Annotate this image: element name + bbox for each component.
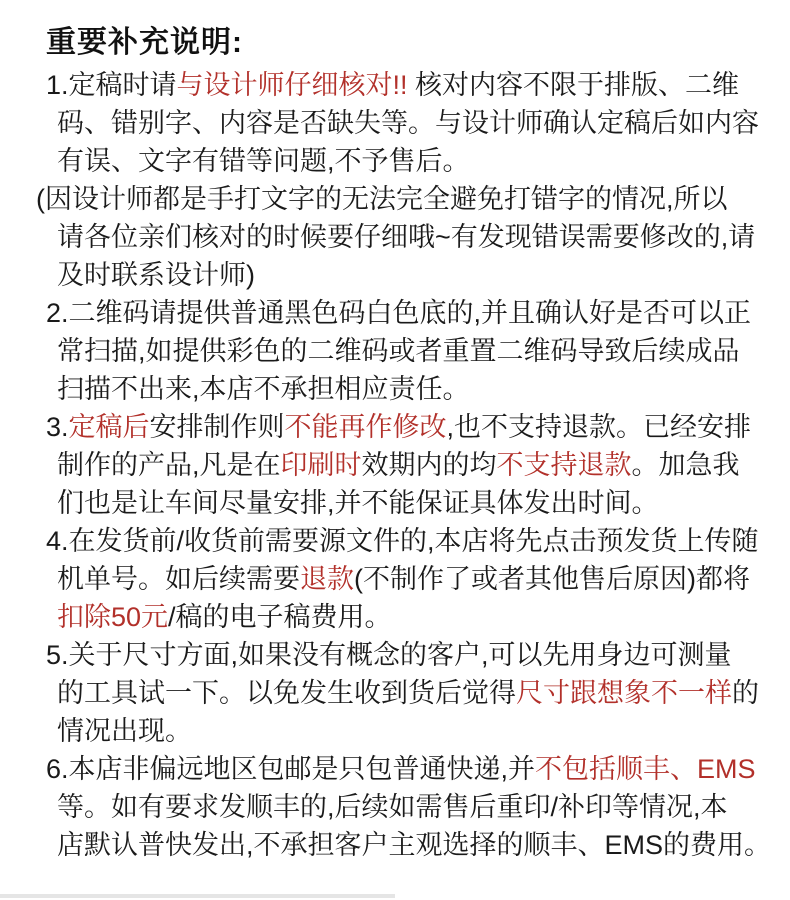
highlighted-text: 与设计师仔细核对!! [177, 70, 408, 100]
text-segment: 。加急我 [632, 450, 740, 480]
numbered-item: 5.关于尺寸方面,如果没有概念的客户,可以先用身边可测量的工具试一下。以免发生收… [46, 636, 754, 750]
text-line: 及时联系设计师) [57, 256, 754, 294]
text-segment: 的 [732, 678, 759, 708]
numbered-item: 3.定稿后安排制作则不能再作修改,也不支持退款。已经安排制作的产品,凡是在印刷时… [46, 408, 754, 522]
text-line: 常扫描,如提供彩色的二维码或者重置二维码导致后续成品 [57, 332, 754, 370]
text-segment: 有误、文字有错等问题,不予售后。 [57, 146, 470, 176]
text-segment: ,也不支持退款。已经安排 [447, 412, 752, 442]
photo-edge-artifact [0, 894, 395, 898]
text-segment: 3. [46, 412, 69, 442]
text-segment: 等。如有要求发顺丰的,后续如需售后重印/补印等情况,本 [57, 792, 728, 822]
text-line: 码、错别字、内容是否缺失等。与设计师确认定稿后如内容 [57, 104, 754, 142]
numbered-item: 4.在发货前/收货前需要源文件的,本店将先点击预发货上传随机单号。如后续需要退款… [46, 522, 754, 636]
numbered-item: 6.本店非偏远地区包邮是只包普通快递,并不包括顺丰、EMS等。如有要求发顺丰的,… [46, 750, 754, 864]
text-segment: (不制作了或者其他售后原因)都将 [354, 564, 750, 594]
text-segment: 扫描不出来,本店不承担相应责任。 [57, 374, 470, 404]
highlighted-text: 不能再作修改 [285, 412, 447, 442]
text-line: 们也是让车间尽量安排,并不能保证具体发出时间。 [57, 484, 754, 522]
highlighted-text: 尺寸跟想象不一样 [516, 678, 732, 708]
text-line: 6.本店非偏远地区包邮是只包普通快递,并不包括顺丰、EMS [46, 750, 754, 788]
text-line: 等。如有要求发顺丰的,后续如需售后重印/补印等情况,本 [57, 788, 754, 826]
highlighted-text: 不支持退款 [497, 450, 632, 480]
text-line: 制作的产品,凡是在印刷时效期内的均不支持退款。加急我 [57, 446, 754, 484]
text-segment: 机单号。如后续需要 [57, 564, 300, 594]
text-segment: 效期内的均 [362, 450, 497, 480]
text-segment: 安排制作则 [150, 412, 285, 442]
highlighted-text: 定稿后 [69, 412, 150, 442]
text-line: 有误、文字有错等问题,不予售后。 [57, 142, 754, 180]
text-segment: 及时联系设计师) [57, 260, 255, 290]
text-line: 情况出现。 [57, 712, 754, 750]
text-line: 机单号。如后续需要退款(不制作了或者其他售后原因)都将 [57, 560, 754, 598]
text-segment: 制作的产品,凡是在 [57, 450, 281, 480]
note-paragraph: (因设计师都是手打文字的无法完全避免打错字的情况,所以请各位亲们核对的时候要仔细… [46, 180, 754, 294]
notice-document: 重要补充说明: 1.定稿时请与设计师仔细核对!! 核对内容不限于排版、二维码、错… [0, 0, 790, 864]
text-line: 的工具试一下。以免发生收到货后觉得尺寸跟想象不一样的 [57, 674, 754, 712]
text-line: 1.定稿时请与设计师仔细核对!! 核对内容不限于排版、二维 [46, 66, 754, 104]
highlighted-text: 印刷时 [281, 450, 362, 480]
text-segment: 码、错别字、内容是否缺失等。与设计师确认定稿后如内容 [57, 108, 759, 138]
text-line: 店默认普快发出,不承担客户主观选择的顺丰、EMS的费用。 [57, 826, 754, 864]
numbered-item: 1.定稿时请与设计师仔细核对!! 核对内容不限于排版、二维码、错别字、内容是否缺… [46, 66, 754, 180]
highlighted-text: 退款 [300, 564, 354, 594]
text-segment: 2.二维码请提供普通黑色码白色底的,并且确认好是否可以正 [46, 298, 751, 328]
page-title: 重要补充说明: [46, 22, 754, 64]
text-line: 请各位亲们核对的时候要仔细哦~有发现错误需要修改的,请 [57, 218, 754, 256]
text-segment: /稿的电子稿费用。 [168, 602, 392, 632]
highlighted-text: 不包括顺丰、EMS [535, 754, 756, 784]
text-line: 4.在发货前/收货前需要源文件的,本店将先点击预发货上传随 [46, 522, 754, 560]
text-segment: 核对内容不限于排版、二维 [408, 70, 740, 100]
text-segment: 4.在发货前/收货前需要源文件的,本店将先点击预发货上传随 [46, 526, 759, 556]
text-segment: 们也是让车间尽量安排,并不能保证具体发出时间。 [57, 488, 659, 518]
text-line: (因设计师都是手打文字的无法完全避免打错字的情况,所以 [36, 180, 754, 218]
text-line: 扣除50元/稿的电子稿费用。 [57, 598, 754, 636]
text-segment: 店默认普快发出,不承担客户主观选择的顺丰、EMS的费用。 [57, 830, 771, 860]
text-segment: 的工具试一下。以免发生收到货后觉得 [57, 678, 516, 708]
text-line: 5.关于尺寸方面,如果没有概念的客户,可以先用身边可测量 [46, 636, 754, 674]
text-segment: 6.本店非偏远地区包邮是只包普通快递,并 [46, 754, 535, 784]
text-segment: 常扫描,如提供彩色的二维码或者重置二维码导致后续成品 [57, 336, 740, 366]
text-segment: 请各位亲们核对的时候要仔细哦~有发现错误需要修改的,请 [57, 222, 755, 252]
text-segment: 情况出现。 [57, 716, 192, 746]
text-segment: 5.关于尺寸方面,如果没有概念的客户,可以先用身边可测量 [46, 640, 732, 670]
text-line: 2.二维码请提供普通黑色码白色底的,并且确认好是否可以正 [46, 294, 754, 332]
text-segment: (因设计师都是手打文字的无法完全避免打错字的情况,所以 [36, 184, 728, 214]
text-line: 3.定稿后安排制作则不能再作修改,也不支持退款。已经安排 [46, 408, 754, 446]
numbered-item: 2.二维码请提供普通黑色码白色底的,并且确认好是否可以正常扫描,如提供彩色的二维… [46, 294, 754, 408]
text-line: 扫描不出来,本店不承担相应责任。 [57, 370, 754, 408]
highlighted-text: 扣除50元 [57, 602, 168, 632]
document-body: 1.定稿时请与设计师仔细核对!! 核对内容不限于排版、二维码、错别字、内容是否缺… [46, 66, 754, 864]
text-segment: 1.定稿时请 [46, 70, 177, 100]
